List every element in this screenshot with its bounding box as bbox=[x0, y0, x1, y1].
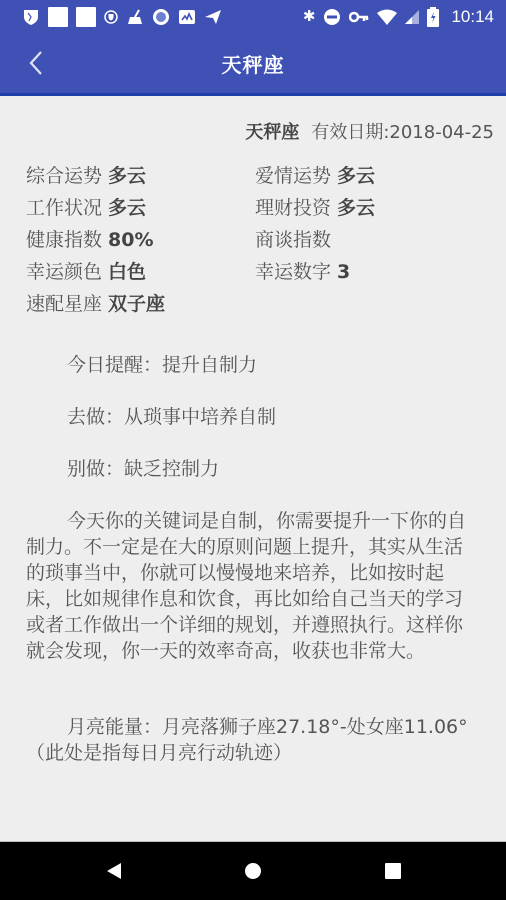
sign-name: 天秤座 bbox=[245, 122, 299, 143]
back-triangle-icon[interactable] bbox=[106, 862, 122, 880]
stat-overall: 综合运势多云 bbox=[26, 161, 255, 188]
stat-work: 工作状况多云 bbox=[26, 193, 255, 220]
moon-energy: 月亮能量：月亮落狮子座27.18°-处女座11.06°（此处是指每日月亮行动轨迹… bbox=[26, 714, 481, 766]
reminder-todo: 去做：从琐事中培养自制 bbox=[26, 404, 481, 430]
stat-negotiation: 商谈指数 bbox=[255, 225, 484, 252]
home-circle-icon[interactable] bbox=[244, 862, 262, 880]
reminder-dont: 别做：缺乏控制力 bbox=[26, 456, 481, 482]
notification-square-icon bbox=[76, 7, 96, 27]
status-right-icons: ✱ 10:14 bbox=[303, 7, 494, 27]
reminder-today: 今日提醒：提升自制力 bbox=[26, 352, 481, 378]
back-button[interactable] bbox=[18, 45, 54, 81]
chart-icon bbox=[178, 9, 196, 25]
cleaner-icon bbox=[126, 8, 144, 26]
stat-love: 爱情运势多云 bbox=[255, 161, 484, 188]
stat-row: 速配星座双子座 bbox=[26, 286, 496, 318]
signal-icon bbox=[405, 10, 419, 24]
key-icon bbox=[349, 11, 369, 23]
stat-finance: 理财投资多云 bbox=[255, 193, 484, 220]
status-left-icons bbox=[22, 7, 222, 27]
stat-health: 健康指数80% bbox=[26, 225, 255, 252]
shield-icon bbox=[22, 8, 40, 26]
stat-row: 健康指数80% 商谈指数 bbox=[26, 222, 496, 254]
stat-match-sign: 速配星座双子座 bbox=[26, 289, 255, 316]
bluetooth-icon: ✱ bbox=[303, 9, 316, 24]
daily-description: 今天你的关键词是自制，你需要提升一下你的自制力。不一定是在大的原则问题上提升，其… bbox=[26, 508, 481, 664]
battery-charging-icon bbox=[427, 7, 439, 27]
horoscope-header: 天秤座有效日期:2018-04-25 bbox=[245, 118, 494, 144]
vpn-shield-icon bbox=[104, 10, 118, 24]
status-time: 10:14 bbox=[451, 7, 494, 27]
status-bar: ✱ 10:14 bbox=[0, 0, 506, 33]
record-icon bbox=[152, 8, 170, 26]
fortune-stats: 综合运势多云 爱情运势多云 工作状况多云 理财投资多云 健康指数80% 商谈指数… bbox=[26, 158, 496, 318]
notification-square-icon bbox=[48, 7, 68, 27]
chevron-left-icon bbox=[28, 50, 44, 76]
recents-square-icon[interactable] bbox=[385, 863, 401, 879]
system-nav-bar bbox=[0, 841, 506, 900]
stat-lucky-color: 幸运颜色白色 bbox=[26, 257, 255, 284]
wifi-icon bbox=[377, 9, 397, 25]
valid-date: 有效日期:2018-04-25 bbox=[311, 122, 494, 143]
stat-row: 综合运势多云 爱情运势多云 bbox=[26, 158, 496, 190]
page-title: 天秤座 bbox=[222, 49, 285, 78]
horoscope-content: 天秤座有效日期:2018-04-25 综合运势多云 爱情运势多云 工作状况多云 … bbox=[0, 96, 506, 841]
send-icon bbox=[204, 9, 222, 25]
stat-row: 工作状况多云 理财投资多云 bbox=[26, 190, 496, 222]
do-not-disturb-icon bbox=[323, 8, 341, 26]
stat-lucky-number: 幸运数字3 bbox=[255, 257, 484, 284]
stat-row: 幸运颜色白色 幸运数字3 bbox=[26, 254, 496, 286]
app-bar: 天秤座 bbox=[0, 33, 506, 96]
